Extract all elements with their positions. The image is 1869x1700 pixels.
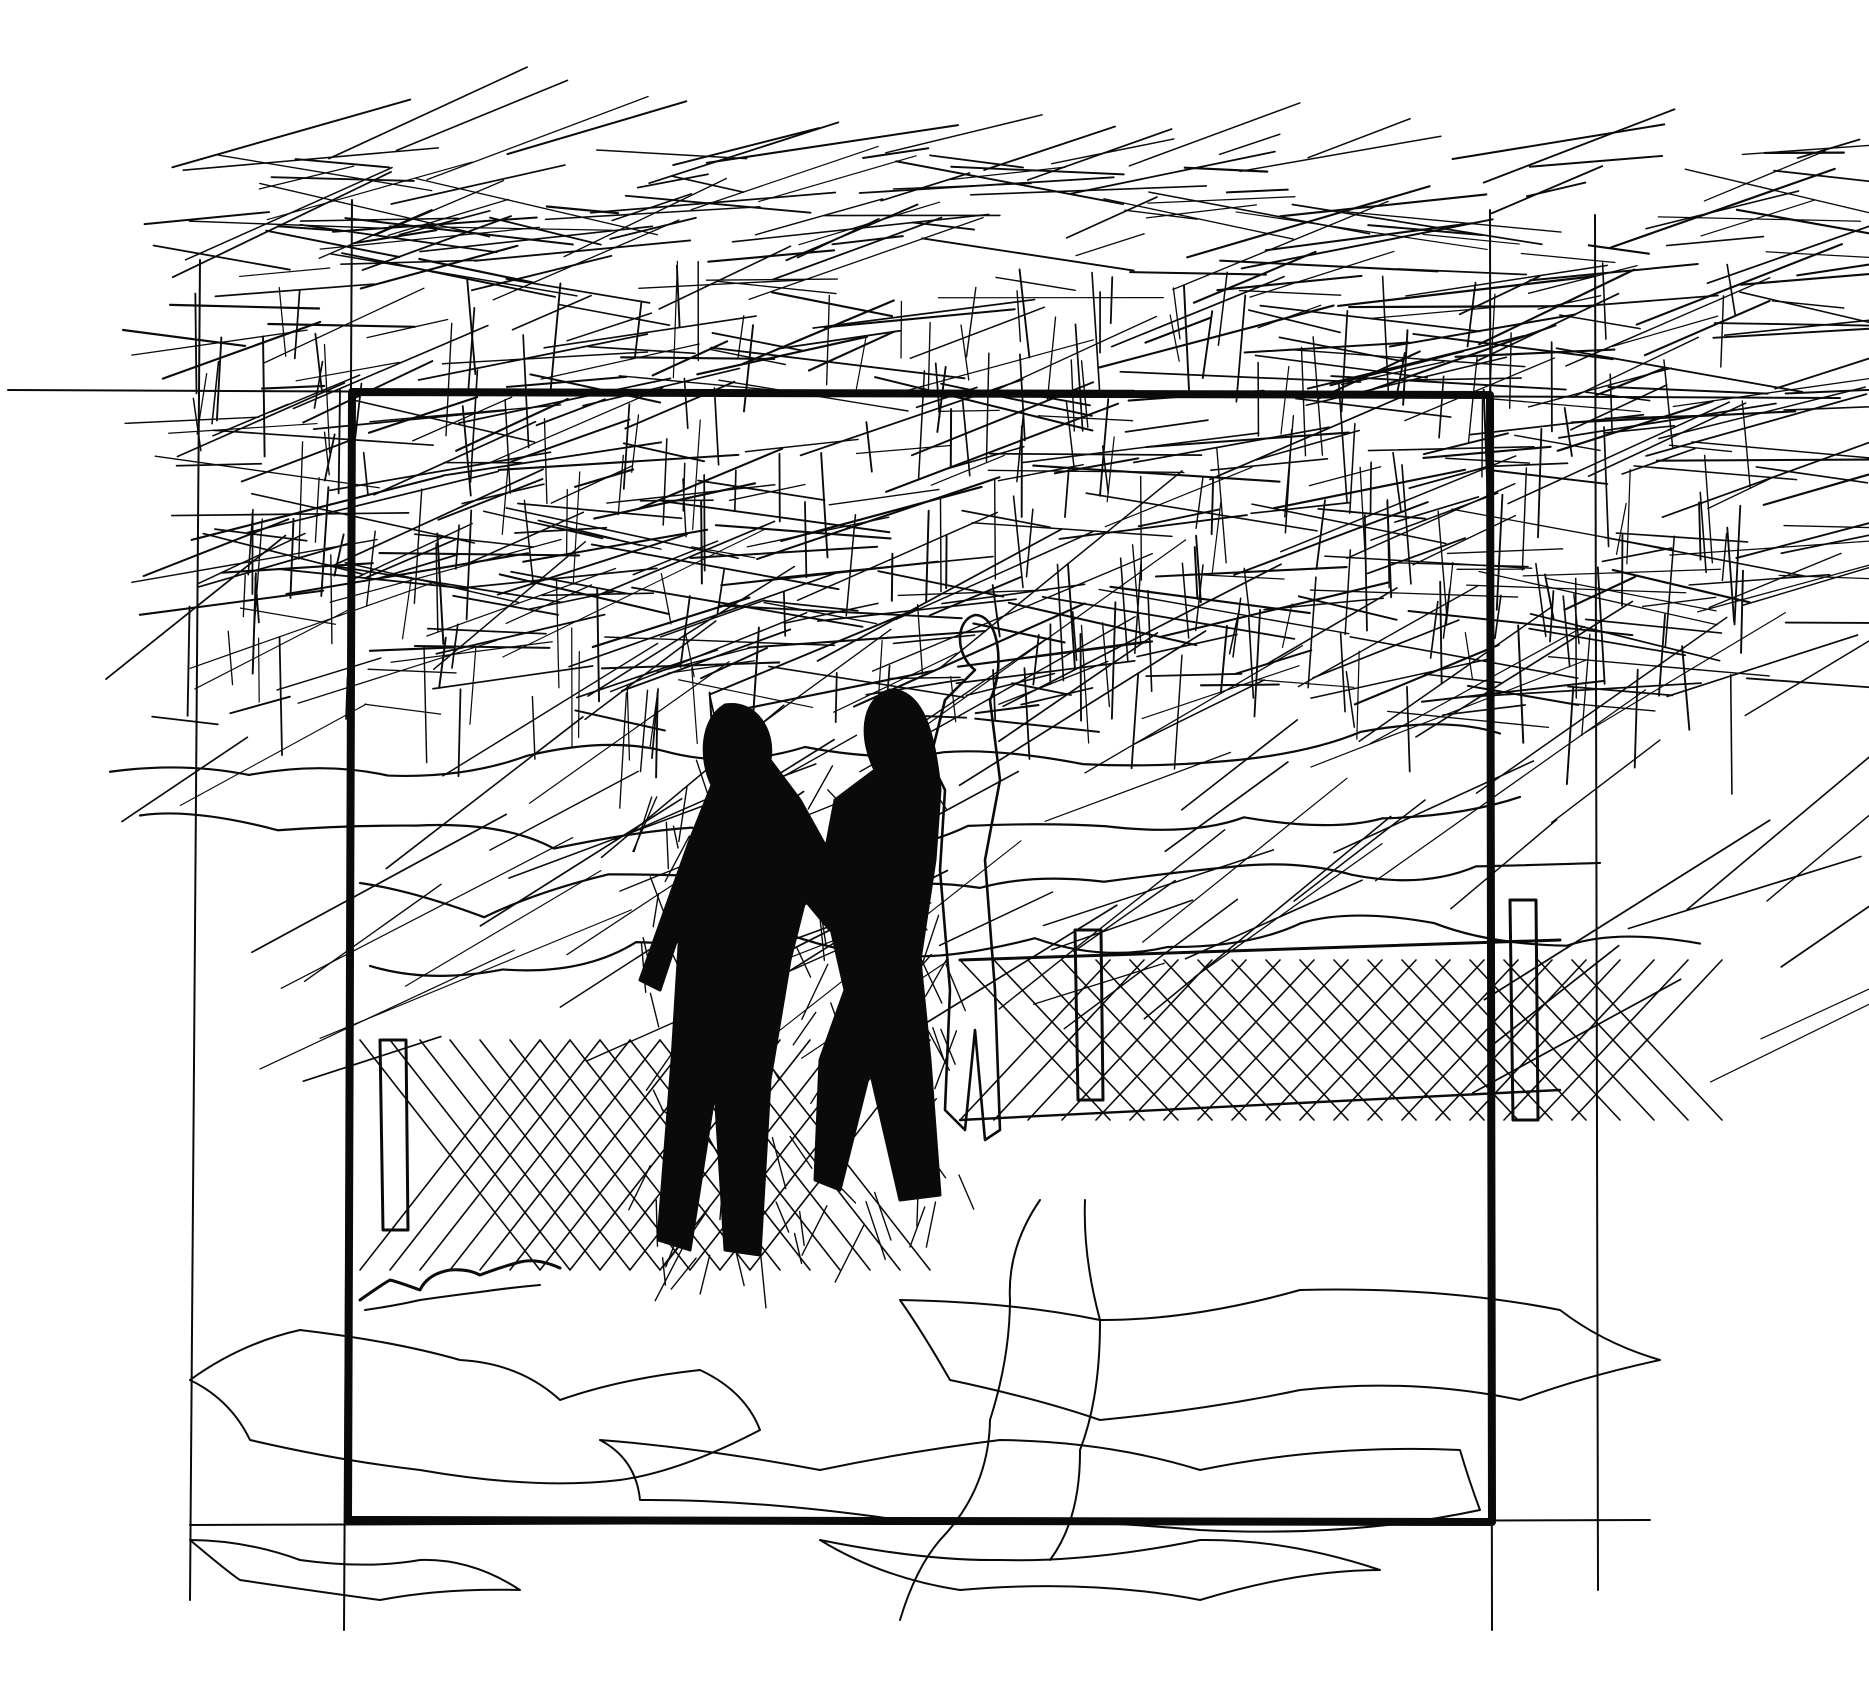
hatched-sky bbox=[106, 67, 1869, 1093]
figures bbox=[629, 615, 1000, 1308]
sketch-canvas bbox=[0, 0, 1869, 1700]
fence bbox=[360, 900, 1722, 1270]
signature bbox=[360, 1261, 560, 1310]
